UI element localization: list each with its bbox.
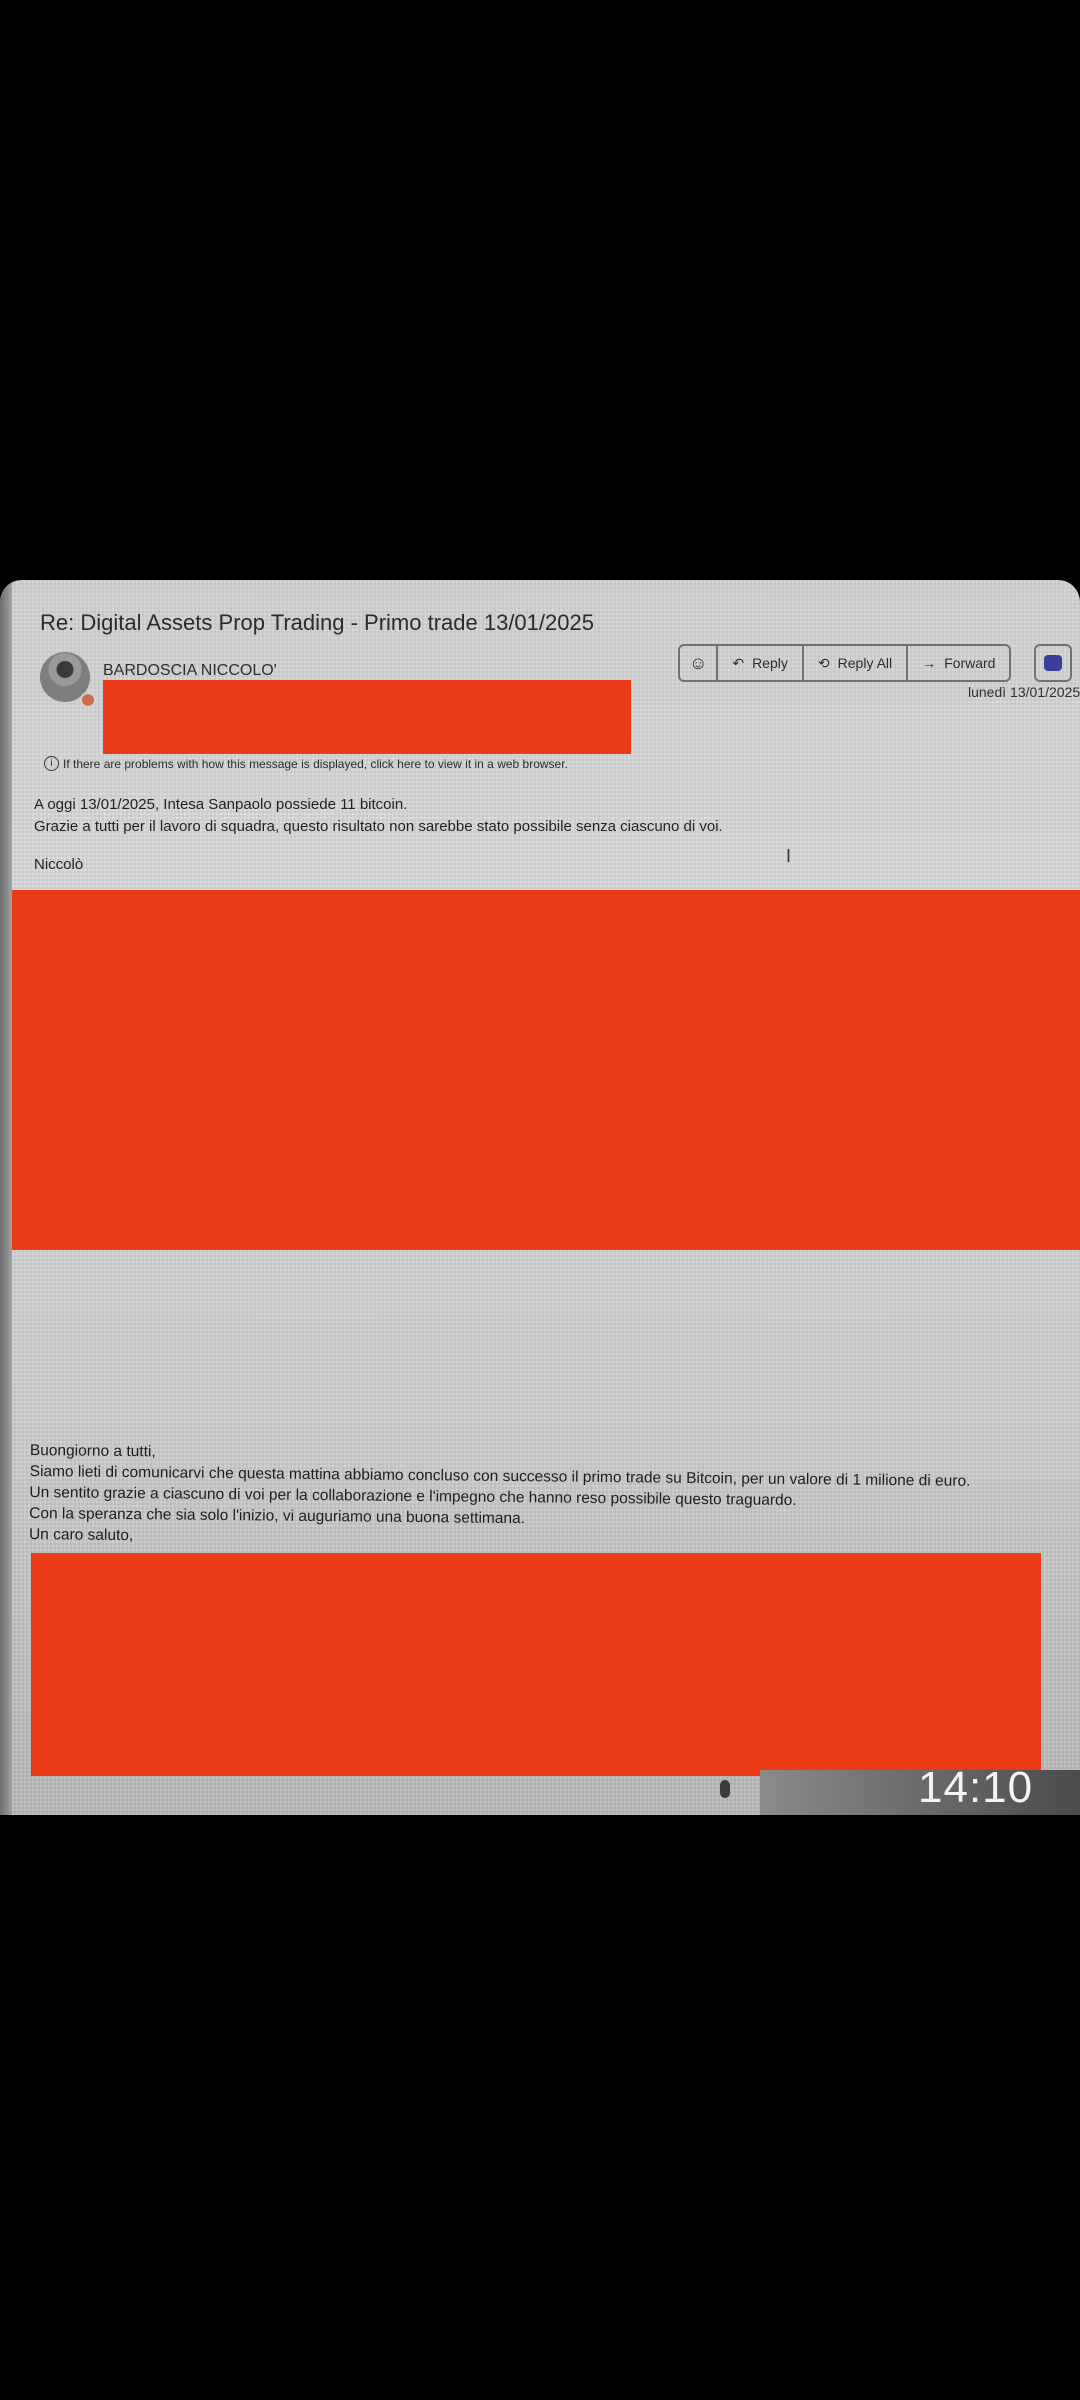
video-timestamp: 14:10 xyxy=(918,1763,1033,1813)
teams-icon xyxy=(1044,655,1062,671)
display-problem-notice[interactable]: i If there are problems with how this me… xyxy=(44,756,568,771)
reply-button[interactable]: ↶Reply xyxy=(718,646,804,680)
info-icon: i xyxy=(44,756,59,771)
redacted-recipients xyxy=(103,680,631,754)
presence-status-icon xyxy=(80,692,96,708)
signature: Niccolò xyxy=(34,856,83,873)
redacted-block-bottom xyxy=(31,1553,1041,1776)
text-cursor-icon: I xyxy=(786,846,791,867)
reply-icon: ↶ xyxy=(732,655,744,672)
forward-icon: → xyxy=(922,655,936,671)
reply-all-icon: ⟲ xyxy=(818,655,830,672)
message-actions-toolbar: ☺ ↶Reply ⟲Reply All →Forward xyxy=(678,644,1011,682)
redacted-block-middle xyxy=(12,890,1080,1250)
body-line-2: Grazie a tutti per il lavoro di squadra,… xyxy=(34,816,723,838)
email-subject: Re: Digital Assets Prop Trading - Primo … xyxy=(40,610,594,636)
sender-name[interactable]: BARDOSCIA NICCOLO' xyxy=(103,662,277,680)
quoted-message: Buongiorno a tutti, Siamo lieti di comun… xyxy=(29,1440,971,1555)
info-notice-text[interactable]: If there are problems with how this mess… xyxy=(63,757,568,771)
reply-label: Reply xyxy=(752,655,788,671)
forward-label: Forward xyxy=(944,655,995,671)
forward-button[interactable]: →Forward xyxy=(908,646,1009,680)
email-body: A oggi 13/01/2025, Intesa Sanpaolo possi… xyxy=(34,794,723,838)
monitor-bezel xyxy=(0,580,12,1815)
email-screen-photo: Re: Digital Assets Prop Trading - Primo … xyxy=(0,580,1080,1815)
reply-all-label: Reply All xyxy=(838,655,892,671)
email-date: lunedì 13/01/2025 xyxy=(968,684,1080,700)
smiley-icon: ☺ xyxy=(689,653,707,674)
teams-button[interactable] xyxy=(1034,644,1072,682)
body-line-1: A oggi 13/01/2025, Intesa Sanpaolo possi… xyxy=(34,794,723,816)
reaction-button[interactable]: ☺ xyxy=(680,646,718,680)
reply-all-button[interactable]: ⟲Reply All xyxy=(804,646,908,680)
microphone-icon[interactable] xyxy=(720,1780,730,1798)
